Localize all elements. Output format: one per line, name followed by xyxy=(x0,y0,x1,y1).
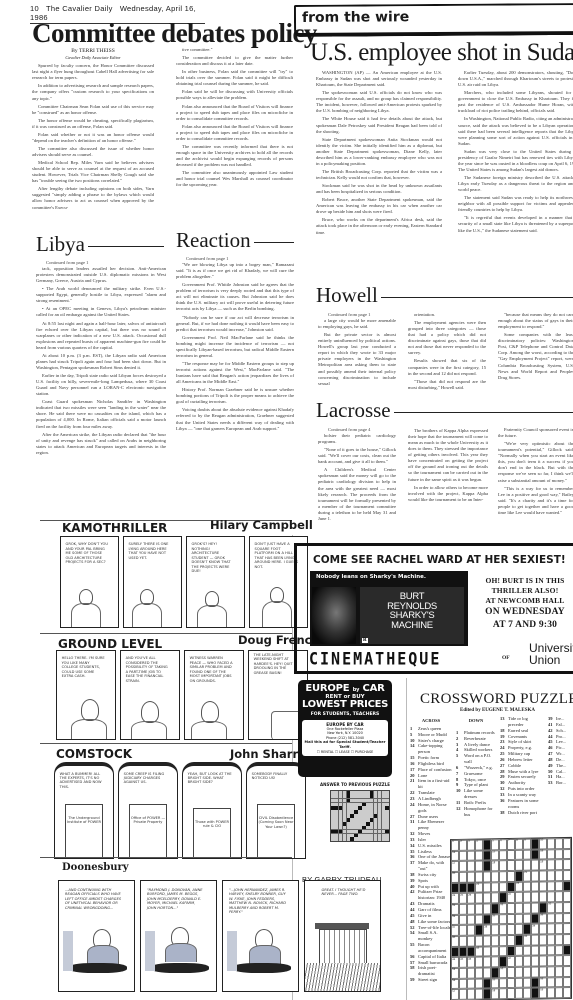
crossword-cell[interactable] xyxy=(539,892,547,903)
crossword-cell[interactable] xyxy=(539,945,547,956)
crossword-cell[interactable] xyxy=(515,988,523,999)
crossword-cell[interactable]: 7 xyxy=(507,839,515,850)
crossword-cell[interactable] xyxy=(555,891,563,902)
crossword-cell[interactable] xyxy=(515,977,523,988)
crossword-cell[interactable]: 37 xyxy=(451,925,459,936)
crossword-cell[interactable] xyxy=(459,872,467,883)
paragraph: "We are blowing Libya up into a bogey ma… xyxy=(176,262,294,280)
paragraph: Earlier in the day, Tripoli state radio … xyxy=(36,373,166,397)
crossword-cell[interactable] xyxy=(523,849,531,860)
crossword-cell[interactable] xyxy=(555,934,563,945)
crossword-cell xyxy=(499,956,507,967)
europe-by-car-ad[interactable]: EUROPE by CAR RENT or BUY LOWEST PRICES … xyxy=(298,680,392,777)
crossword-cell[interactable]: 21 xyxy=(523,871,531,882)
crossword-cell[interactable] xyxy=(483,935,491,946)
crossword-cell xyxy=(523,924,531,935)
paragraph: Coast Guard spokesman Nicholas Sandifer … xyxy=(36,399,166,429)
crossword-cell[interactable]: 8 xyxy=(515,839,523,850)
libya-heading: Libya xyxy=(36,234,164,255)
comic-panel: Grok's? Hey! Nothing! Architecture stude… xyxy=(186,536,245,628)
crossword-cell[interactable] xyxy=(499,871,507,882)
article-body: a large city would be more amenable to e… xyxy=(318,318,396,387)
crossword-cell[interactable]: 3 xyxy=(467,840,475,851)
crossword-cell[interactable] xyxy=(523,988,531,999)
crossword-cell[interactable] xyxy=(539,934,547,945)
paragraph: Folan also announced that the Board of V… xyxy=(176,104,293,122)
crossword-cell[interactable] xyxy=(531,945,539,956)
crossword-cell[interactable]: 36 xyxy=(539,913,547,924)
coupon: EUROPE BY CAR One Rockefeller Plaza New … xyxy=(302,720,388,756)
crossword-cell[interactable]: 18 xyxy=(491,861,499,872)
crossword-cell[interactable]: 57 xyxy=(451,989,459,1000)
paragraph: The employment agencies were then groupe… xyxy=(408,320,486,356)
crossword-cell[interactable] xyxy=(491,935,499,946)
paragraph: At about 10 p.m. (3 p.m. EST), the Libya… xyxy=(36,353,166,371)
paragraph: History Prof. Norman Graebner said he is… xyxy=(176,387,294,405)
crossword-cell xyxy=(483,978,491,989)
crossword-cell[interactable] xyxy=(507,978,515,989)
crossword-cell[interactable] xyxy=(523,881,531,892)
crossword-cell[interactable]: 47 xyxy=(507,956,515,967)
down-clues: DOWN 1Platinum records2Reverberate3A liv… xyxy=(456,718,496,818)
crossword-cell[interactable] xyxy=(507,850,515,861)
crossword-cell[interactable] xyxy=(555,870,563,881)
heading-rule xyxy=(88,246,164,248)
crossword-cell xyxy=(491,967,499,978)
crossword-cell xyxy=(539,902,547,913)
paragraph: Committee Chairman Sean Folan said use o… xyxy=(32,104,154,116)
article-body: The brothers of Kappa Alpha expressed th… xyxy=(408,428,488,503)
crossword-cell[interactable] xyxy=(491,893,499,904)
crossword-cell[interactable]: 9 xyxy=(523,839,531,850)
paragraph: A Children's Medical Center spokesman sa… xyxy=(318,467,396,522)
crossword-cell[interactable]: 10 xyxy=(539,838,547,849)
sharkys-machine-ad[interactable]: COME SEE RACHEL WARD AT HER SEXIEST! Nob… xyxy=(294,543,573,674)
crossword-cell[interactable] xyxy=(467,978,475,989)
crossword-cell[interactable]: 5 xyxy=(491,839,499,850)
paragraph: At 8:55 last night and again a half-hour… xyxy=(36,321,166,351)
crossword-cell[interactable] xyxy=(475,871,483,882)
crossword-cell[interactable] xyxy=(459,861,467,872)
crossword-cell[interactable]: 4 xyxy=(475,839,483,850)
crossword-cell[interactable] xyxy=(459,904,467,915)
crossword-cell xyxy=(483,850,491,861)
crossword-cell[interactable] xyxy=(483,967,491,978)
crossword-cell[interactable] xyxy=(459,850,467,861)
crossword-cell[interactable] xyxy=(483,893,491,904)
crossword-cell[interactable] xyxy=(555,881,563,892)
crossword-cell[interactable] xyxy=(499,924,507,935)
down-clues-cont2: 39Ire...41Fal...42Sch...44Pro...45Lev...… xyxy=(548,716,573,786)
crossword-cell[interactable]: 19 xyxy=(539,860,547,871)
crossword-cell[interactable] xyxy=(547,988,555,999)
crossword-cell[interactable] xyxy=(507,988,515,999)
crossword-cell[interactable] xyxy=(531,871,539,882)
crossword-cell[interactable] xyxy=(555,945,563,956)
comic-panel: Yeah, but look at the bright side. What … xyxy=(182,762,242,859)
crossword-cell[interactable] xyxy=(539,881,547,892)
crossword-cell[interactable]: 44 xyxy=(451,957,459,968)
crossword-cell[interactable]: 24 xyxy=(451,893,459,904)
crossword-cell[interactable] xyxy=(563,977,571,988)
crossword-cell[interactable] xyxy=(563,955,571,966)
paragraph: The statement said Sudan was ready to he… xyxy=(458,195,573,213)
crossword-cell[interactable] xyxy=(475,903,483,914)
crossword-cell[interactable] xyxy=(459,925,467,936)
page-number: 10 xyxy=(30,4,39,13)
crossword-editor: Edited by EUGENE T. MALESKA xyxy=(460,708,535,713)
crossword-cell[interactable] xyxy=(555,923,563,934)
paragraph: Folan also announced that the Board of V… xyxy=(176,124,293,142)
crossword-cell xyxy=(483,914,491,925)
crossword-cell[interactable] xyxy=(531,881,539,892)
crossword-cell[interactable]: 38 xyxy=(483,925,491,936)
continued-line: Continued from page 4 xyxy=(318,427,396,432)
crossword-cell[interactable]: 40 xyxy=(451,936,459,947)
crossword-cell[interactable] xyxy=(475,914,483,925)
crossword-cell[interactable]: 43 xyxy=(475,946,483,957)
crossword-cell[interactable] xyxy=(547,838,555,849)
crossword-cell[interactable] xyxy=(467,925,475,936)
crossword-cell[interactable] xyxy=(483,871,491,882)
crossword-cell[interactable] xyxy=(483,946,491,957)
crossword-cell[interactable] xyxy=(475,893,483,904)
clue: 37Make do, with "out" xyxy=(410,860,452,872)
crossword-cell[interactable] xyxy=(491,957,499,968)
crossword-cell[interactable] xyxy=(507,903,515,914)
crossword-cell[interactable] xyxy=(547,945,555,956)
crossword-cell[interactable] xyxy=(547,956,555,967)
crossword-grid[interactable]: 1234567891014151617181920212223242526273… xyxy=(450,837,572,1000)
crossword-cell[interactable] xyxy=(475,989,483,1000)
crossword-cell[interactable] xyxy=(499,850,507,861)
checkbox-purchase[interactable]: ☐ PURCHASE xyxy=(351,750,373,754)
crossword-cell xyxy=(499,892,507,903)
crossword-cell[interactable] xyxy=(515,956,523,967)
comic-strip-ground-level: Hello there. I'm sure you like many coll… xyxy=(56,650,308,740)
checkbox-rental[interactable]: ☐ RENTAL xyxy=(317,750,334,754)
rating-badge: R xyxy=(362,638,368,643)
crossword-cell[interactable] xyxy=(515,849,523,860)
crossword-cell[interactable] xyxy=(507,871,515,882)
crossword-cell[interactable] xyxy=(515,924,523,935)
crossword-cell[interactable]: 46 xyxy=(467,957,475,968)
crossword-cell[interactable] xyxy=(523,945,531,956)
crossword-cell[interactable] xyxy=(507,924,515,935)
crossword-cell[interactable] xyxy=(499,935,507,946)
crossword-cell[interactable]: 20 xyxy=(451,872,459,883)
crossword-cell[interactable] xyxy=(531,892,539,903)
crossword-cell[interactable]: 58 xyxy=(491,989,499,1000)
crossword-cell xyxy=(515,871,523,882)
crossword-cell[interactable]: 6 xyxy=(499,839,507,850)
comic-title: GROUND LEVEL xyxy=(58,638,162,650)
comic-strip-comstock: What a bummer! All the experts, it's no … xyxy=(54,762,306,859)
crossword-cell[interactable] xyxy=(467,936,475,947)
sudan-article-col2: Earlier Tuesday, about 200 demonstrators… xyxy=(458,70,573,236)
reaction-article: Continued from page 1 "We are blowing Li… xyxy=(176,256,294,434)
crossword-cell[interactable] xyxy=(499,946,507,957)
crossword-cell[interactable] xyxy=(467,872,475,883)
crossword-cell[interactable] xyxy=(539,870,547,881)
libya-article: Continued from page 1 tack, opposition l… xyxy=(36,260,166,458)
crossword-cell[interactable] xyxy=(547,870,555,881)
crossword-cell[interactable] xyxy=(523,913,531,924)
banner-label: from the wire xyxy=(302,9,409,26)
article-body: Earlier Tuesday, about 200 demonstrators… xyxy=(458,70,573,234)
crossword-cell[interactable] xyxy=(555,987,563,998)
crossword-cell[interactable] xyxy=(547,860,555,871)
crossword-cell[interactable] xyxy=(555,977,563,988)
down-clues-cont: 13Tide or log preceder18Earred seal19Cov… xyxy=(500,716,544,815)
crossword-cell[interactable] xyxy=(555,859,563,870)
crossword-cell[interactable] xyxy=(547,934,555,945)
paragraph: WASHINGTON (AP) — An American employee a… xyxy=(316,70,442,88)
paragraph: Robert Bruce, another State Department s… xyxy=(316,197,442,215)
crossword-cell[interactable] xyxy=(531,967,539,978)
crossword-cell xyxy=(531,988,539,999)
crossword-cell[interactable] xyxy=(507,935,515,946)
movie-title: BURT REYNOLDS SHARKY'S MACHINE xyxy=(360,587,464,644)
continued-line: Continued from page 1 xyxy=(36,260,166,265)
crossword-cell[interactable]: 34 xyxy=(451,915,459,926)
article-body: "because that means they do not care eno… xyxy=(498,312,573,381)
crossword-cell[interactable] xyxy=(563,913,571,924)
crossword-cell[interactable]: 22 xyxy=(475,882,483,893)
crossword-cell[interactable] xyxy=(531,860,539,871)
crossword-cell[interactable] xyxy=(563,891,571,902)
paragraph: The committee decided to give the matter… xyxy=(176,55,293,67)
crossword-cell[interactable] xyxy=(475,935,483,946)
crossword-cell[interactable] xyxy=(475,957,483,968)
crossword-cell[interactable] xyxy=(555,913,563,924)
paragraph: tive committee." xyxy=(176,47,293,53)
crossword-cell[interactable]: 52 xyxy=(451,968,459,979)
across-clues: ACROSS 1Zeus's queen5Moore or Mudd10Sist… xyxy=(410,718,452,983)
crossword-cell[interactable]: 56 xyxy=(539,977,547,988)
paragraph: State Department spokeswoman Anita Stock… xyxy=(316,137,442,167)
crossword-cell[interactable] xyxy=(555,838,563,849)
crossword-cell[interactable]: 32 xyxy=(499,903,507,914)
crossword-cell[interactable] xyxy=(547,924,555,935)
crossword-cell[interactable] xyxy=(475,978,483,989)
crossword-cell[interactable] xyxy=(555,902,563,913)
paragraph: But the private sector is almost entirel… xyxy=(318,332,396,387)
crossword-cell[interactable]: 14 xyxy=(451,851,459,862)
crossword-cell[interactable] xyxy=(459,989,467,1000)
sudan-article-col1: WASHINGTON (AP) — An American employee a… xyxy=(316,70,442,238)
paragraph: • The Arab world denounced the military … xyxy=(36,286,166,304)
crossword-cell[interactable] xyxy=(563,849,571,860)
crossword-cell[interactable]: 55 xyxy=(491,978,499,989)
crossword-cell[interactable]: 25 xyxy=(459,893,467,904)
crossword-cell xyxy=(507,882,515,893)
article-body: Spurred by faculty concern, the Honor Co… xyxy=(32,63,154,210)
crossword-cell[interactable] xyxy=(499,978,507,989)
crossword-cell[interactable] xyxy=(563,870,571,881)
howell-col2: orientation.The employment agencies were… xyxy=(408,312,486,393)
crossword-cell[interactable] xyxy=(531,903,539,914)
lacrosse-col1: Continued from page 4 bolster their pedi… xyxy=(318,427,396,524)
paragraph: a large city would be more amenable to e… xyxy=(318,318,396,330)
crossword-cell[interactable] xyxy=(507,860,515,871)
crossword-cell[interactable]: 2 xyxy=(459,840,467,851)
crossword-cell[interactable] xyxy=(555,955,563,966)
crossword-cell[interactable] xyxy=(467,914,475,925)
checkbox-lease[interactable]: ☐ LEASE xyxy=(335,750,350,754)
paragraph: After the American strike, the Libyan ra… xyxy=(36,432,166,456)
crossword-cell[interactable] xyxy=(499,988,507,999)
crossword-cell[interactable]: 15 xyxy=(491,850,499,861)
crossword-cell[interactable] xyxy=(563,966,571,977)
crossword-cell[interactable]: 17 xyxy=(451,861,459,872)
clue: 42Pulitzer Prize historian: 1940 xyxy=(410,889,452,901)
crossword-cell[interactable] xyxy=(547,881,555,892)
crossword-cell[interactable] xyxy=(515,903,523,914)
article-body: WASHINGTON (AP) — An American employee a… xyxy=(316,70,442,236)
crossword-cell[interactable] xyxy=(539,956,547,967)
crossword-cell xyxy=(459,882,467,893)
crossword-cell[interactable]: 54 xyxy=(451,979,459,990)
crossword-cell[interactable] xyxy=(467,968,475,979)
howell-heading: Howell xyxy=(316,285,573,306)
crossword-cell[interactable] xyxy=(523,903,531,914)
crossword-cell[interactable] xyxy=(499,914,507,925)
crossword-cell[interactable] xyxy=(563,923,571,934)
paragraph: Fraternity Council sponsored event in th… xyxy=(498,427,573,439)
crossword-cell[interactable] xyxy=(515,945,523,956)
crossword-cell[interactable] xyxy=(483,903,491,914)
crossword-cell[interactable]: 35 xyxy=(491,914,499,925)
crossword-cell[interactable]: 23 xyxy=(515,881,523,892)
comic-panel: Somebody finally noticed us!CIVIL Disobe… xyxy=(246,762,306,859)
crossword-cell xyxy=(531,913,539,924)
howell-col1: Continued from page 1 a large city would… xyxy=(318,312,396,389)
crossword-cell[interactable] xyxy=(515,860,523,871)
comic-author: Hilary Campbell xyxy=(210,520,313,532)
crossword-cell xyxy=(507,946,515,957)
crossword-cell[interactable]: 45 xyxy=(459,957,467,968)
article-body: bolster their pediatric cardiology progr… xyxy=(318,433,396,522)
crossword-cell[interactable] xyxy=(467,861,475,872)
crossword-cell[interactable] xyxy=(491,925,499,936)
crossword-cell[interactable] xyxy=(459,914,467,925)
crossword-cell[interactable]: 31 xyxy=(451,904,459,915)
crossword-cell[interactable]: 53 xyxy=(499,967,507,978)
lacrosse-col2: The brothers of Kappa Alpha expressed th… xyxy=(408,428,488,505)
article-body: Fraternity Council sponsored event in th… xyxy=(498,427,573,516)
crossword-cell[interactable] xyxy=(467,989,475,1000)
crossword-cell[interactable] xyxy=(515,913,523,924)
crossword-cell[interactable] xyxy=(459,936,467,947)
crossword-cell[interactable] xyxy=(563,859,571,870)
comic-panel: Hello there. I'm sure you like many coll… xyxy=(56,650,116,740)
crossword-cell[interactable] xyxy=(523,967,531,978)
crossword-cell[interactable]: 39 xyxy=(531,924,539,935)
crossword-cell[interactable] xyxy=(563,902,571,913)
crossword-cell[interactable]: 59 xyxy=(539,988,547,999)
crossword-cell[interactable] xyxy=(563,838,571,849)
crossword-cell[interactable] xyxy=(555,966,563,977)
continued-line: Continued from page 1 xyxy=(176,256,294,261)
committee-article-col1: By TERRI THEISSCavalier Daily Associate … xyxy=(32,48,154,213)
crossword-cell xyxy=(491,903,499,914)
crossword-cell[interactable] xyxy=(539,924,547,935)
crossword-cell[interactable]: 26 xyxy=(467,893,475,904)
clue: 38Dutch river port xyxy=(500,810,544,816)
clue: 21Item in a first-aid kit xyxy=(410,778,452,790)
crossword-cell[interactable] xyxy=(475,967,483,978)
crossword-cell[interactable] xyxy=(547,849,555,860)
paragraph: Bruce, who works on the department's Afr… xyxy=(316,217,442,235)
crossword-cell[interactable] xyxy=(491,882,499,893)
crossword-cell[interactable]: 33 xyxy=(547,902,555,913)
crossword-cell[interactable] xyxy=(483,882,491,893)
crossword-cell[interactable] xyxy=(515,967,523,978)
paragraph: The Sudanese foreign ministry described … xyxy=(458,175,573,193)
crossword-cell[interactable]: 42 xyxy=(523,935,531,946)
comic-title: KAMOTHRILLER xyxy=(62,522,167,534)
crossword-cell xyxy=(483,989,491,1000)
clue: 53Bor... xyxy=(548,780,573,786)
crossword-cell[interactable] xyxy=(467,850,475,861)
clue: 14Cake-topping person xyxy=(410,743,452,755)
crossword-cell[interactable] xyxy=(499,860,507,871)
crossword-cell[interactable]: 1 xyxy=(451,840,459,851)
crossword-cell[interactable] xyxy=(547,966,555,977)
paragraph: The spokeswoman said U.S. officials do n… xyxy=(316,90,442,114)
crossword-cell[interactable] xyxy=(563,987,571,998)
crossword-cell[interactable] xyxy=(507,967,515,978)
crossword-cell[interactable] xyxy=(531,935,539,946)
crossword-cell[interactable] xyxy=(499,882,507,893)
crossword-cell[interactable] xyxy=(531,956,539,967)
crossword-cell[interactable] xyxy=(523,892,531,903)
crossword-cell[interactable] xyxy=(459,978,467,989)
crossword-cell[interactable] xyxy=(563,934,571,945)
crossword-cell[interactable] xyxy=(547,977,555,988)
paragraph: "Those that did not respond are the most… xyxy=(408,379,486,391)
paragraph: Medical School Rep. Miles Varn said he b… xyxy=(32,160,154,184)
crossword-cell[interactable] xyxy=(475,861,483,872)
crossword-cell[interactable] xyxy=(507,914,515,925)
crossword-cell[interactable] xyxy=(547,913,555,924)
howell-col3: "because that means they do not care eno… xyxy=(498,312,573,383)
crossword-cell xyxy=(467,882,475,893)
crossword-cell[interactable] xyxy=(555,849,563,860)
crossword-cell[interactable] xyxy=(483,957,491,968)
crossword-cell[interactable] xyxy=(475,850,483,861)
crossword-cell[interactable] xyxy=(523,956,531,967)
clue: 5Word on a P.O. wall xyxy=(456,753,496,765)
answer-puzzle-grid xyxy=(330,790,390,842)
crossword-cell[interactable]: 16 xyxy=(539,849,547,860)
crossword-cell[interactable] xyxy=(459,968,467,979)
crossword-cell[interactable] xyxy=(491,946,499,957)
paragraph: In order to allow others to become more … xyxy=(408,485,488,503)
comic-panel: What a bummer! All the experts, it's no … xyxy=(54,762,114,859)
crossword-cell[interactable] xyxy=(547,892,555,903)
comic-panel: "Raymond J. Donovan, Anne Burford, James… xyxy=(140,880,217,992)
crossword-cell[interactable] xyxy=(523,860,531,871)
crossword-cell[interactable] xyxy=(491,871,499,882)
crossword-cell[interactable]: 27 xyxy=(507,892,515,903)
crossword-cell[interactable] xyxy=(467,904,475,915)
crossword-cell[interactable] xyxy=(523,977,531,988)
crossword-cell[interactable] xyxy=(539,966,547,977)
paragraph: The committee was recently informed that… xyxy=(176,144,293,168)
crossword-cell[interactable] xyxy=(515,892,523,903)
